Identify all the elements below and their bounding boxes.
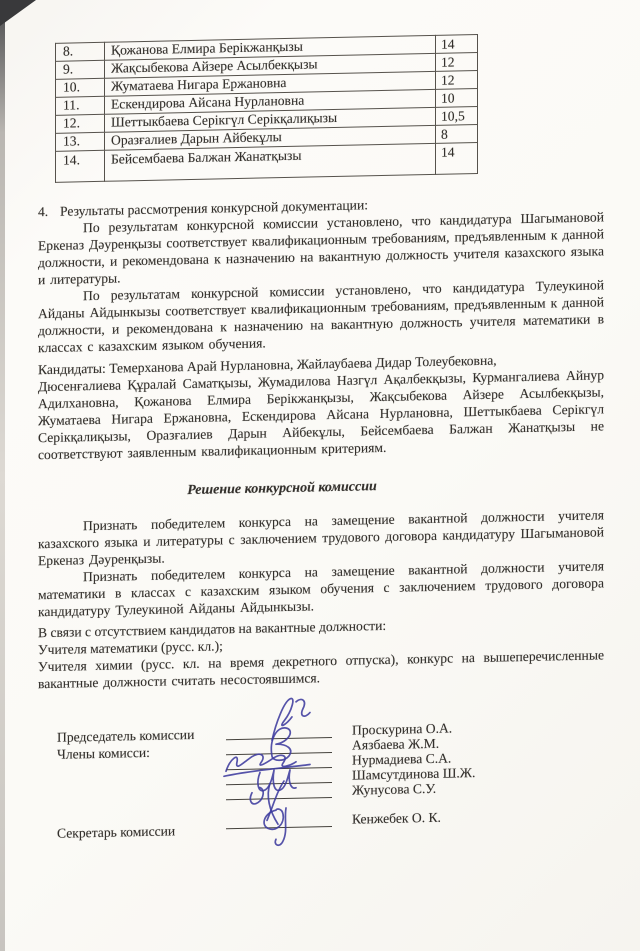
- handwritten-signature-icon: [252, 720, 308, 765]
- result-paragraph-1: По результатам конкурсной комиссии устан…: [38, 208, 604, 288]
- secretary-label: Секретарь комиссии: [57, 823, 175, 841]
- score-cell: 14: [436, 142, 478, 174]
- handwritten-signature-icon: [222, 739, 318, 781]
- signature-line: [226, 767, 332, 770]
- members-label: Члены комисси:: [57, 745, 150, 763]
- document-content: 8. Қожанова Елмира Берікжанқызы 14 9. Жа…: [0, 0, 640, 951]
- signature-name: Кенжебек О. К.: [352, 810, 441, 828]
- chairman-label: Председатель комиссии: [57, 727, 194, 746]
- candidate-score-table: 8. Қожанова Елмира Берікжанқызы 14 9. Жа…: [55, 34, 478, 183]
- row-number-cell: 8.: [56, 42, 105, 61]
- row-number-cell: 12.: [56, 114, 105, 133]
- document-body: 4. Результаты рассмотрения конкурсной до…: [38, 191, 604, 692]
- score-cell: 12: [436, 52, 478, 71]
- decision-heading: Решение конкурсной комиссии: [38, 473, 604, 502]
- row-number-cell: 11.: [56, 96, 105, 115]
- signature-line: [226, 826, 332, 829]
- handwritten-signature-icon: [252, 800, 304, 851]
- score-cell: 10: [436, 88, 478, 107]
- signature-name: Жунусова С.У.: [352, 781, 436, 799]
- row-number-cell: 9.: [56, 60, 105, 79]
- handwritten-signature-icon: [248, 760, 308, 799]
- candidates-paragraph-rest: Дюсенғалиева Құралай Саматқызы, Жумадило…: [38, 366, 604, 463]
- signature-line: [226, 782, 332, 785]
- row-number-cell: 14.: [56, 150, 105, 182]
- candidate-name-cell: Бейсембаева Балжан Жанатқызы: [105, 143, 436, 181]
- score-cell: 14: [436, 34, 478, 53]
- score-cell: 8: [436, 124, 478, 143]
- scanned-document-page: 8. Қожанова Елмира Берікжанқызы 14 9. Жа…: [0, 0, 640, 951]
- decision-paragraph-2: Признать победителем конкурса на замещен…: [38, 557, 604, 620]
- row-number-cell: 13.: [56, 132, 105, 151]
- section-number: 4.: [38, 203, 60, 220]
- score-cell: 12: [436, 70, 478, 89]
- signature-line: [226, 752, 332, 755]
- score-cell: 10,5: [436, 106, 478, 125]
- result-paragraph-2: По результатам конкурсной комиссии устан…: [38, 276, 604, 356]
- signature-line: [226, 737, 332, 740]
- signature-line: [226, 797, 332, 800]
- row-number-cell: 10.: [56, 78, 105, 97]
